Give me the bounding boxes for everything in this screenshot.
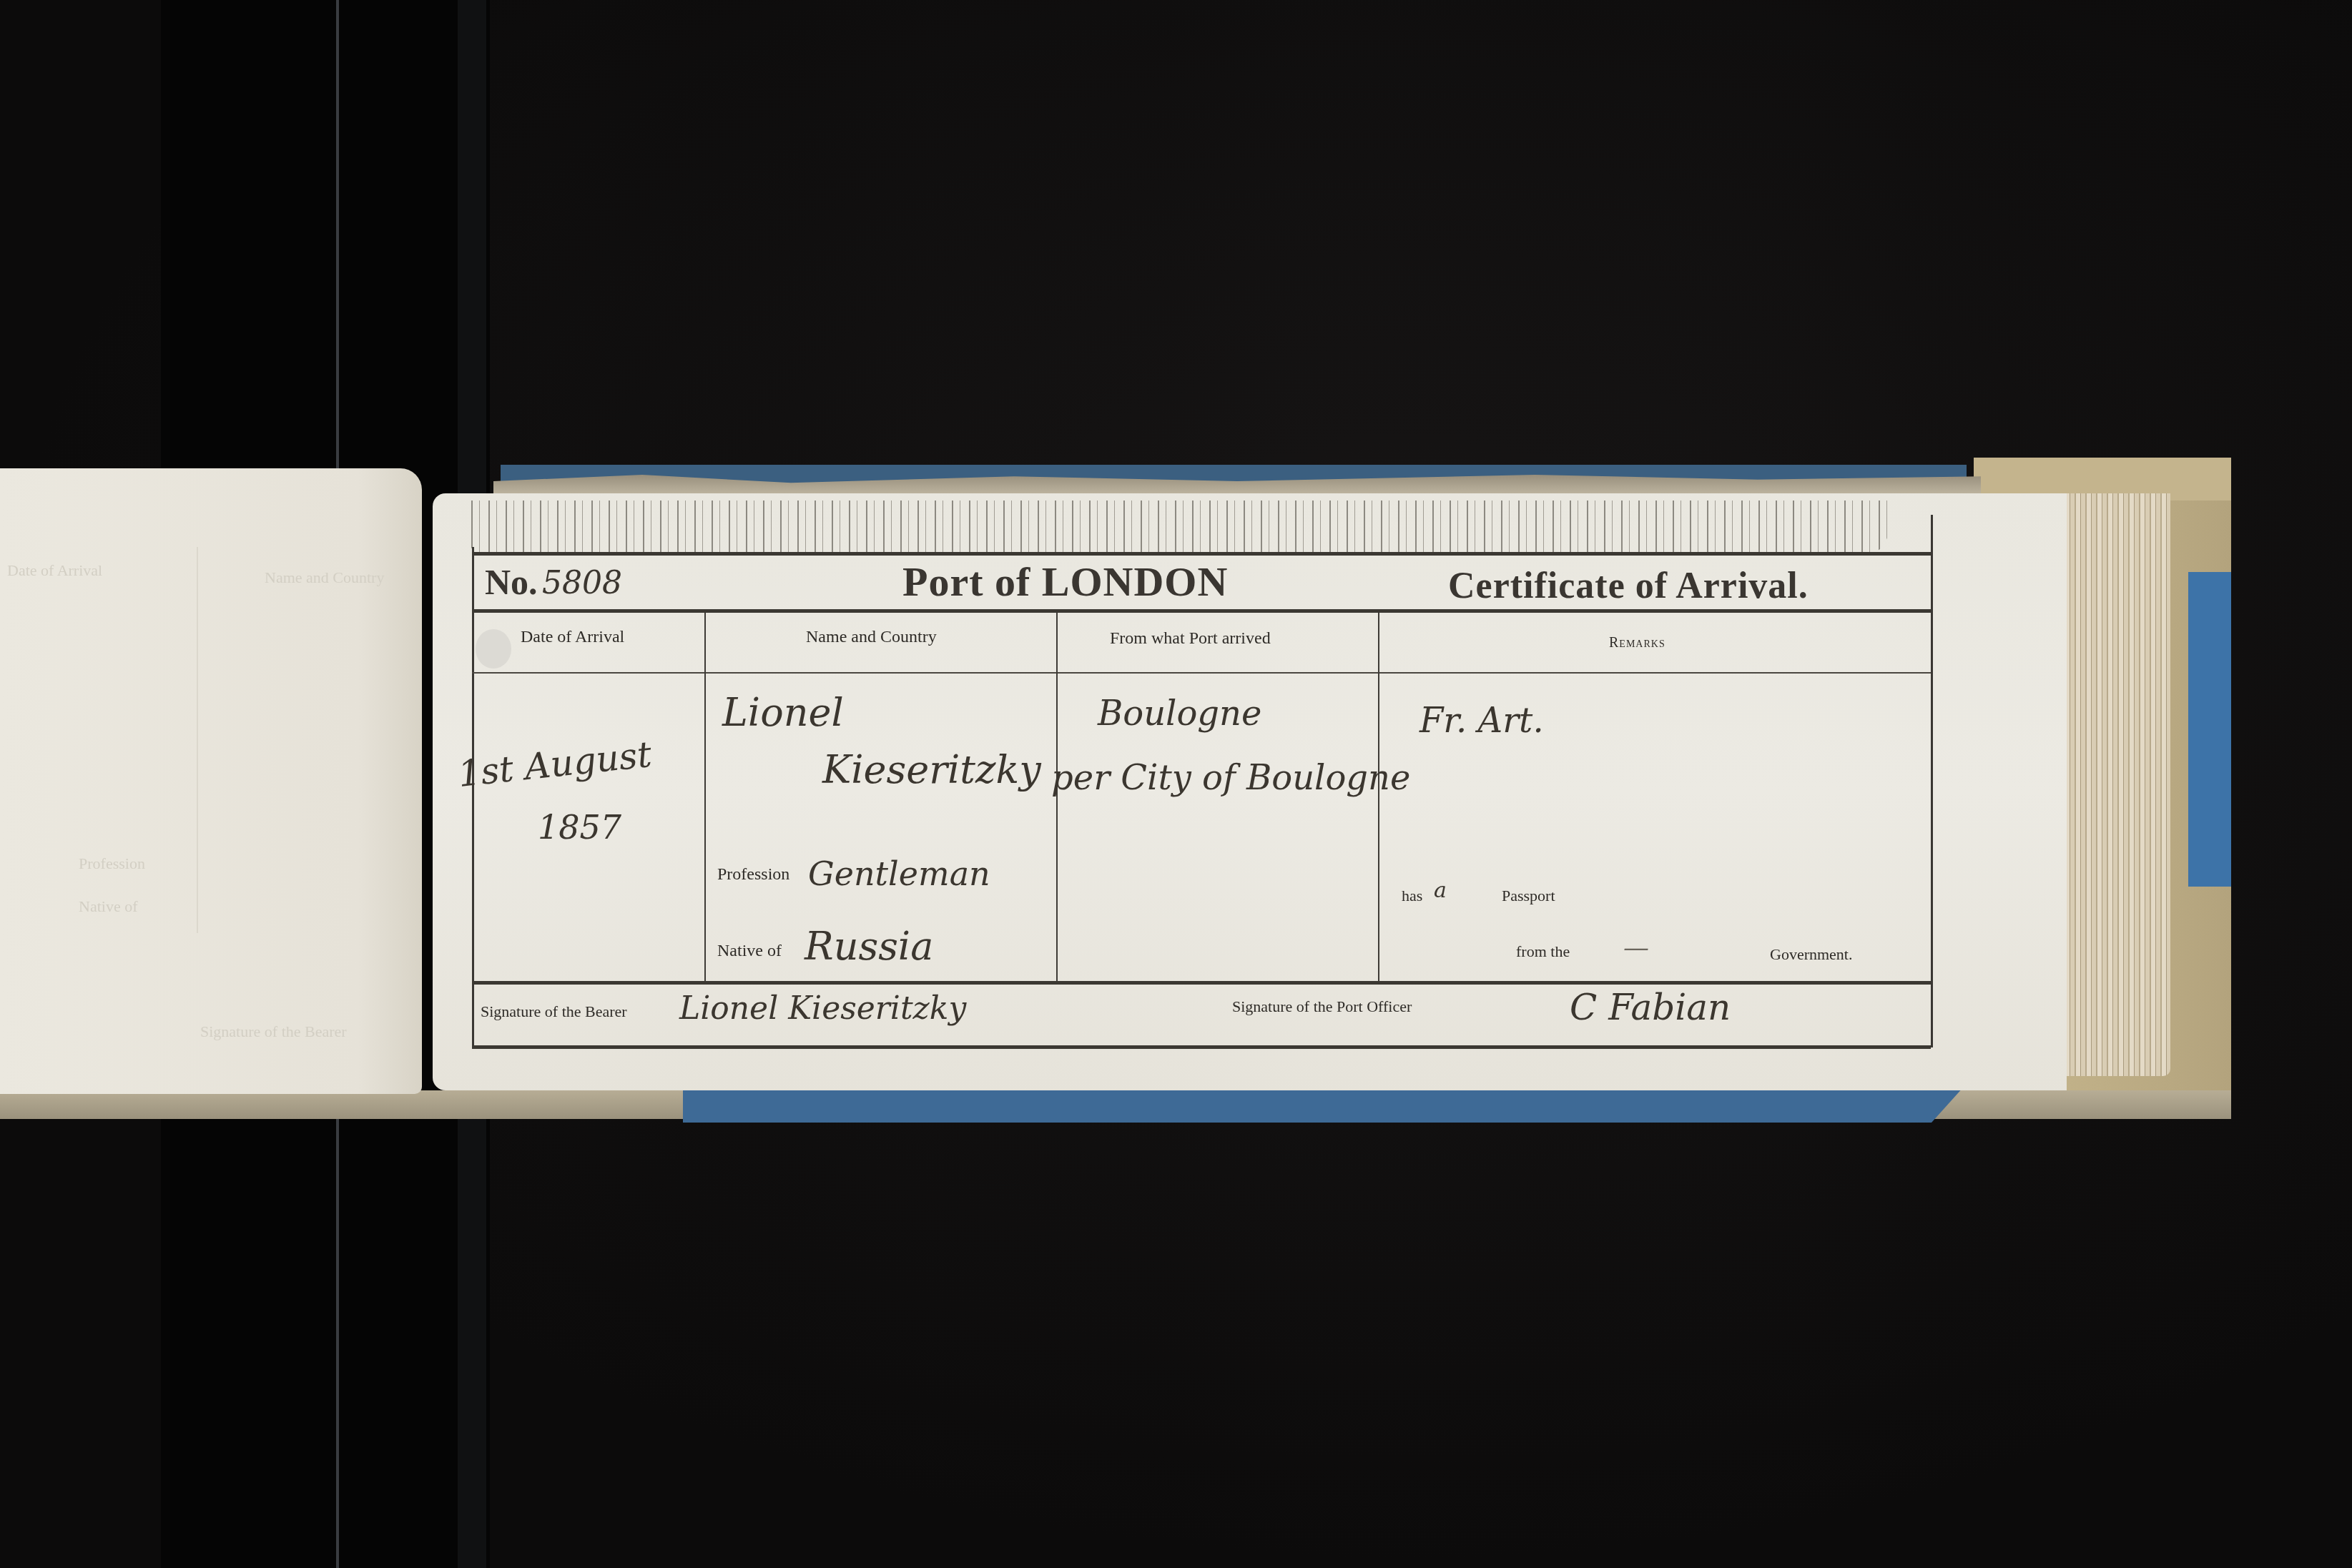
passport-has-value: a (1434, 878, 1447, 903)
page-edges-stack (2060, 493, 2170, 1076)
left-ghost-text: Native of (79, 897, 137, 916)
government-label: Government. (1770, 945, 1852, 964)
port-header: From what Port arrived (1110, 629, 1271, 649)
native-of-label: Native of (717, 942, 782, 961)
from-the-label: from the (1516, 942, 1570, 961)
port-officer-signature-label: Signature of the Port Officer (1232, 997, 1412, 1016)
name-header: Name and Country (806, 628, 937, 647)
rule-under-headers (472, 672, 1931, 674)
left-ghost-text: Name and Country (265, 568, 384, 587)
certificate-number-label: No. (485, 561, 538, 603)
rule-top (472, 552, 1931, 556)
remarks-value: Fr. Art. (1419, 701, 1544, 741)
column-divider (704, 613, 706, 981)
left-ghost-text: Date of Arrival (7, 561, 102, 580)
left-page: Date of Arrival Name and Country Profess… (0, 468, 422, 1094)
from-the-value: — (1623, 933, 1649, 962)
form-frame-left (472, 547, 474, 1047)
port-title: Port of LONDON (902, 558, 1228, 606)
profession-value: Gentleman (808, 854, 990, 893)
passport-label: Passport (1502, 887, 1555, 905)
certificate-title: Certificate of Arrival. (1448, 565, 1809, 607)
bearer-signature: Lionel Kieseritzky (679, 990, 966, 1027)
rule-above-signatures (472, 981, 1931, 985)
guilloche-ornament (465, 501, 1888, 554)
embossed-stamp-icon (476, 629, 511, 669)
left-ghost-divider (197, 547, 198, 933)
rule-under-title (472, 609, 1931, 613)
traveller-surname: Kieseritzky (822, 747, 1041, 792)
passport-has-label: has (1402, 887, 1422, 905)
left-ghost-text: Signature of the Bearer (200, 1022, 347, 1041)
profession-label: Profession (717, 865, 789, 884)
date-header: Date of Arrival (521, 628, 624, 647)
left-ghost-text: Profession (79, 854, 145, 873)
port-officer-signature: C Fabian (1570, 987, 1731, 1028)
certificate-number: 5808 (542, 565, 622, 601)
vessel-name: per City of Boulogne (1051, 758, 1410, 798)
form-frame-right (1931, 515, 1933, 1047)
departure-port: Boulogne (1098, 694, 1261, 734)
book-board-blue-patch (2188, 572, 2231, 887)
rule-bottom (472, 1045, 1931, 1049)
native-of-value: Russia (804, 924, 933, 969)
arrival-date-year: 1857 (538, 808, 621, 847)
remarks-header: Remarks (1609, 635, 1665, 651)
traveller-first-name: Lionel (722, 690, 844, 735)
bearer-signature-label: Signature of the Bearer (481, 1002, 627, 1021)
